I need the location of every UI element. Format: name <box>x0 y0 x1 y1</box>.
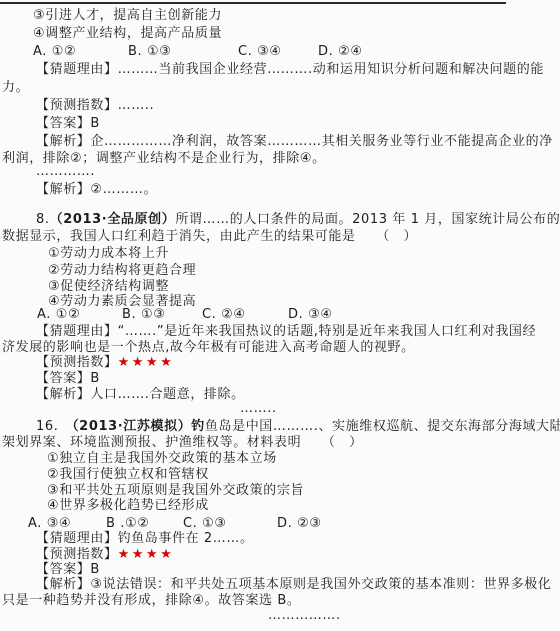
q16-item1: ①独立自主是我国外交政策的基本立场 <box>47 451 277 466</box>
prev-question-option3: ③引进人才，提高自主创新能力 <box>33 8 222 23</box>
exam-document-page: ③引进人才，提高自主创新能力 ④调整产业结构，提高产品质量 A. ①② B. ①… <box>0 0 560 631</box>
q16-source-tag: （2013·江苏模拟）钓 <box>72 419 205 434</box>
q16-stem-line2: 架划界案、环境监测预报、护渔维权等。材料表明 （ ） <box>2 435 363 450</box>
q16-reason-line: 【猜题理由】钓鱼岛事件在 2……。 <box>36 531 254 546</box>
q16-stem-line1: 16. （2013·江苏模拟）钓鱼岛是中国……….、实施维权巡航、提交东海部分海… <box>36 419 560 434</box>
q8-source-tag: （2013·全品原创） <box>50 212 176 227</box>
q8-stem-line2: 数据显示，我国人口红利趋于消失，由此产生的结果可能是 （ ） <box>2 229 417 244</box>
choice-b: B. ①③ <box>122 307 166 322</box>
q8-reason-line2: 济发展的影响也是一个热点,故今年极有可能进入高考命题人的视野。 <box>2 340 415 355</box>
q16-item4: ④世界多极化趋势已经形成 <box>47 498 209 513</box>
q8-item2: ②劳动力结构将更趋合理 <box>48 263 196 278</box>
prev-analysis2-line: 【解析】②………。 <box>36 182 157 197</box>
q8-stem-line1: 8.（2013·全品原创）所谓……的人口条件的局面。2013 年 1 月，国家统… <box>36 212 560 227</box>
top-rule-line <box>0 2 506 4</box>
q8-analysis-line: 【解析】人口…….合题意，排除。 <box>36 387 245 402</box>
q16-number: 16. <box>36 419 72 434</box>
q16-analysis-line2: 只是一种趋势并没有形成，排除④。故答案选 B。 <box>2 593 301 608</box>
q8-reason-line1: 【猜题理由】“…….”是近年来我国热议的话题,特别是近年来我国人口红利对我国经 <box>36 324 536 339</box>
prev-question-option4: ④调整产业结构，提高产品质量 <box>33 26 222 41</box>
q8-ellipsis-line: …….. <box>240 401 277 416</box>
prev-reason-line1: 【猜题理由】………当前我国企业经营……….动和运用知识分析问题和解决问题的能 <box>36 62 544 77</box>
choice-a: A. ①② <box>33 44 76 59</box>
choice-a: A. ①② <box>37 307 80 322</box>
choice-d: D. ②④ <box>318 44 363 59</box>
q8-index-label: 【预测指数】 <box>36 355 118 370</box>
q16-analysis-line1: 【解析】③说法错误：和平共处五项基本原则是我国外交政策的基本准则：世界多极化 <box>36 577 551 592</box>
choice-b: B .①② <box>106 516 150 531</box>
choice-c: C. ①③ <box>183 516 227 531</box>
q8-number: 8. <box>36 212 50 227</box>
q16-index-line: 【预测指数】★★★★ <box>36 547 174 562</box>
q16-item2: ②我国行使独立权和管辖权 <box>47 467 209 482</box>
choice-a: A. ③④ <box>28 516 71 531</box>
q8-answer-line: 【答案】B <box>36 371 100 386</box>
q8-item3: ③促使经济结构调整 <box>48 279 169 294</box>
prediction-stars: ★★★★ <box>118 547 175 562</box>
choice-c: C. ②④ <box>202 307 246 322</box>
prev-analysis-line1: 【解析】企……………净利润，故答案…………其相关服务业等行业不能提高企业的净 <box>36 134 553 149</box>
q16-answer-line: 【答案】B <box>36 562 100 577</box>
prediction-stars: ★★★★ <box>118 355 175 370</box>
q16-item3: ③和平共处五项原则是我国外交政策的宗旨 <box>47 483 304 498</box>
choice-d: D. ②③ <box>277 516 322 531</box>
q8-item1: ①劳动力成本将上升 <box>48 246 169 261</box>
prev-answer-line: 【答案】B <box>36 116 100 131</box>
choice-b: B. ①③ <box>128 44 172 59</box>
q8-stem-text: 所谓……的人口条件的局面。2013 年 1 月，国家统计局公布的 <box>175 212 560 227</box>
q8-index-line: 【预测指数】★★★★ <box>36 355 174 370</box>
choice-d: D. ③④ <box>288 307 333 322</box>
prev-reason-line2: 力。 <box>2 80 29 95</box>
q16-ellipsis-line: ……………. <box>268 608 341 623</box>
choice-c: C. ③④ <box>238 44 282 59</box>
q16-index-label: 【预测指数】 <box>36 547 118 562</box>
prev-ellipsis-line: …………. <box>36 164 95 179</box>
prev-index-line: 【预测指数】…….. <box>36 98 154 113</box>
q16-stem-text: 鱼岛是中国……….、实施维权巡航、提交东海部分海域大陆 <box>205 419 560 434</box>
